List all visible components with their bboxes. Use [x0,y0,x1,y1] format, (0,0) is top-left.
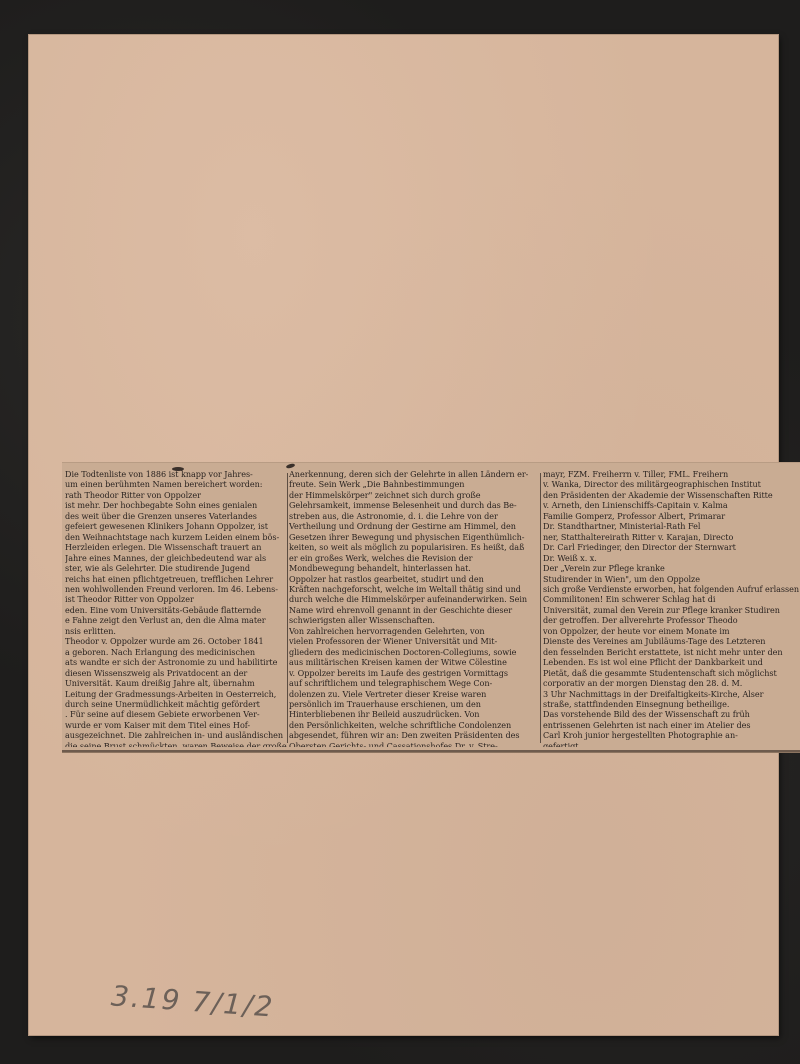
text-line: vielen Professoren der Wiener Universitä… [289,636,539,646]
text-line: diesen Wissenszweig als Privatdocent an … [65,668,287,678]
text-line: eden. Eine vom Universitäts-Gebäude flat… [65,605,287,615]
text-line: Das vorstehende Bild des der Wissenschaf… [543,709,800,719]
text-line: ausgezeichnet. Die zahlreichen in- und a… [65,730,287,740]
text-line: Dr. Standthartner, Ministerial-Rath Fel [543,521,800,531]
text-line: Dr. Weiß x. x. [543,553,800,563]
text-line: Leitung der Gradmessungs-Arbeiten in Oes… [65,689,287,699]
text-line: mayr, FZM. Freiherrn v. Tiller, FML. Fre… [543,469,800,479]
text-line: Obersten Gerichts- und Cassationshofes D… [289,741,539,747]
text-line: freute. Sein Werk „Die Bahnbestimmungen [289,479,539,489]
text-line: v. Arneth, den Linienschiffs-Capitain v.… [543,500,800,510]
text-line: Carl Kroh junior hergestellten Photograp… [543,730,800,740]
text-line: den fesselnden Bericht erstattete, ist n… [543,647,800,657]
text-line: Herzleiden erlegen. Die Wissenschaft tra… [65,542,287,552]
text-line: gefeiert gewesenen Klinikers Johann Oppo… [65,521,287,531]
text-line: Universität, zumal den Verein zur Pflege… [543,605,800,615]
text-line: a geboren. Nach Erlangung des medicinisc… [65,647,287,657]
text-line: gefertigt. [543,741,800,747]
text-line: von Oppolzer, der heute vor einem Monate… [543,626,800,636]
text-line: gliedern des medicinischen Doctoren-Coll… [289,647,539,657]
text-line: Theodor v. Oppolzer wurde am 26. October… [65,636,287,646]
text-line: entrissenen Gelehrten ist nach einer im … [543,720,800,730]
text-line: Lebenden. Es ist wol eine Pflicht der Da… [543,657,800,667]
text-line: nen wohlwollenden Freund verloren. Im 46… [65,584,287,594]
text-line: Pietät, daß die gesammte Studentenschaft… [543,668,800,678]
column-rule-2 [540,473,541,743]
text-line: Hinterbliebenen ihr Beileid auszudrücken… [289,709,539,719]
text-line: persönlich im Trauerhause erschienen, um… [289,699,539,709]
text-line: Dr. Carl Friedinger, den Director der St… [543,542,800,552]
text-line: reichs hat einen pflichtgetreuen, treffl… [65,574,287,584]
archive-sheet: Die Todtenliste von 1886 ist knapp vor J… [29,35,778,1035]
text-line: Name wird ehrenvoll genannt in der Gesch… [289,605,539,615]
text-line: 3 Uhr Nachmittags in der Dreifaltigkeits… [543,689,800,699]
column-2: Anerkennung, deren sich der Gelehrte in … [289,469,539,747]
text-line: durch seine Unermüdlichkeit mächtig gefö… [65,699,287,709]
text-line: ner, Statthaltereirath Ritter v. Karajan… [543,532,800,542]
text-line: um einen berühmten Namen bereichert word… [65,479,287,489]
text-line: streben aus, die Astronomie, d. i. die L… [289,511,539,521]
text-line: sich große Verdienste erworben, hat folg… [543,584,800,594]
text-line: keiten, so weit als möglich zu popularis… [289,542,539,552]
newspaper-clipping: Die Todtenliste von 1886 ist knapp vor J… [62,462,800,753]
text-line: den Persönlichkeiten, welche schriftlich… [289,720,539,730]
text-line: schwierigsten aller Wissenschaften. [289,615,539,625]
text-line: nsis erlitten. [65,626,287,636]
text-line: Vertheilung und Ordnung der Gestirne am … [289,521,539,531]
column-1: Die Todtenliste von 1886 ist knapp vor J… [65,469,287,747]
text-line: die seine Brust schmückten, waren Beweis… [65,741,287,747]
text-line: den Weihnachtstage nach kurzem Leiden ei… [65,532,287,542]
text-line: den Präsidenten der Akademie der Wissens… [543,490,800,500]
text-line: auf schriftlichem und telegraphischem We… [289,678,539,688]
text-line: ist mehr. Der hochbegabte Sohn eines gen… [65,500,287,510]
text-line: Von zahlreichen hervorragenden Gelehrten… [289,626,539,636]
handwritten-archive-number: 3.19 7/1/2 [110,979,275,1023]
text-line: . Für seine auf diesem Gebiete erworbene… [65,709,287,719]
text-line: straße, stattfindenden Einsegnung bethei… [543,699,800,709]
text-line: Die Todtenliste von 1886 ist knapp vor J… [65,469,287,479]
column-rule-1 [287,473,288,743]
text-line: rath Theodor Ritter von Oppolzer [65,490,287,500]
text-line: Studirender in Wien", um den Oppolze [543,574,800,584]
text-line: Familie Gomperz, Professor Albert, Prima… [543,511,800,521]
text-line: er ein großes Werk, welches die Revision… [289,553,539,563]
text-line: Oppolzer hat rastlos gearbeitet, studirt… [289,574,539,584]
text-line: des weit über die Grenzen unseres Vaterl… [65,511,287,521]
text-line: Commilitonen! Ein schwerer Schlag hat di [543,594,800,604]
text-line: v. Wanka, Director des militärgeographis… [543,479,800,489]
text-line: der Himmelskörper" zeichnet sich durch g… [289,490,539,500]
text-line: corporativ an der morgen Dienstag den 28… [543,678,800,688]
text-line: Gelehrsamkeit, immense Belesenheit und d… [289,500,539,510]
text-line: Gesetzen ihrer Bewegung und physischen E… [289,532,539,542]
text-line: Dienste des Vereines am Jubiläums-Tage d… [543,636,800,646]
text-line: Mondbewegung behandelt, hinterlassen hat… [289,563,539,573]
text-line: dolenzen zu. Viele Vertreter dieser Krei… [289,689,539,699]
text-line: Der „Verein zur Pflege kranke [543,563,800,573]
text-line: ats wandte er sich der Astronomie zu und… [65,657,287,667]
text-line: v. Oppolzer bereits im Laufe des gestrig… [289,668,539,678]
text-line: ist Theodor Ritter von Oppolzer [65,594,287,604]
text-line: der getroffen. Der allverehrte Professor… [543,615,800,625]
clipping-columns: Die Todtenliste von 1886 ist knapp vor J… [62,469,800,749]
column-3: mayr, FZM. Freiherrn v. Tiller, FML. Fre… [543,469,800,747]
text-line: wurde er vom Kaiser mit dem Titel eines … [65,720,287,730]
text-line: Jahre eines Mannes, der gleichbedeutend … [65,553,287,563]
text-line: Universität. Kaum dreißig Jahre alt, übe… [65,678,287,688]
text-line: durch welche die Himmelskörper aufeinand… [289,594,539,604]
text-line: aus militärischen Kreisen kamen der Witw… [289,657,539,667]
clipping-bottom-rule [62,750,800,752]
text-line: Anerkennung, deren sich der Gelehrte in … [289,469,539,479]
text-line: ster, wie als Gelehrter. Die studirende … [65,563,287,573]
text-line: e Fahne zeigt den Verlust an, den die Al… [65,615,287,625]
text-line: abgesendet, führen wir an: Den zweiten P… [289,730,539,740]
text-line: Kräften nachgeforscht, welche im Weltall… [289,584,539,594]
